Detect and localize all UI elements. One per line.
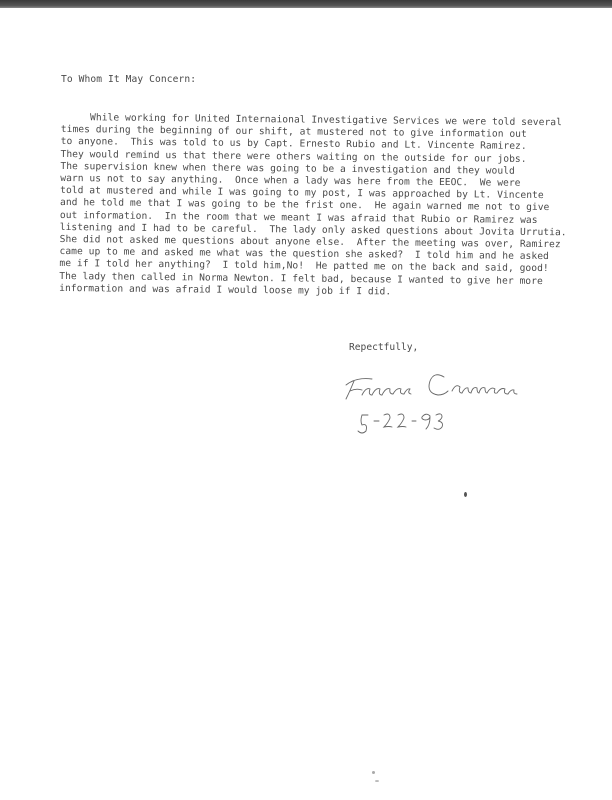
scan-edge xyxy=(0,0,612,8)
closing: Repectfully, xyxy=(349,342,418,353)
handwritten-signature: Francis Carmona 5-22-93 xyxy=(340,355,590,435)
scan-speck xyxy=(372,771,375,774)
letter-body: While working for United Internaional In… xyxy=(59,112,612,301)
salutation: To Whom It May Concern: xyxy=(61,74,196,85)
scan-speck xyxy=(464,492,467,497)
scan-speck xyxy=(375,780,379,782)
